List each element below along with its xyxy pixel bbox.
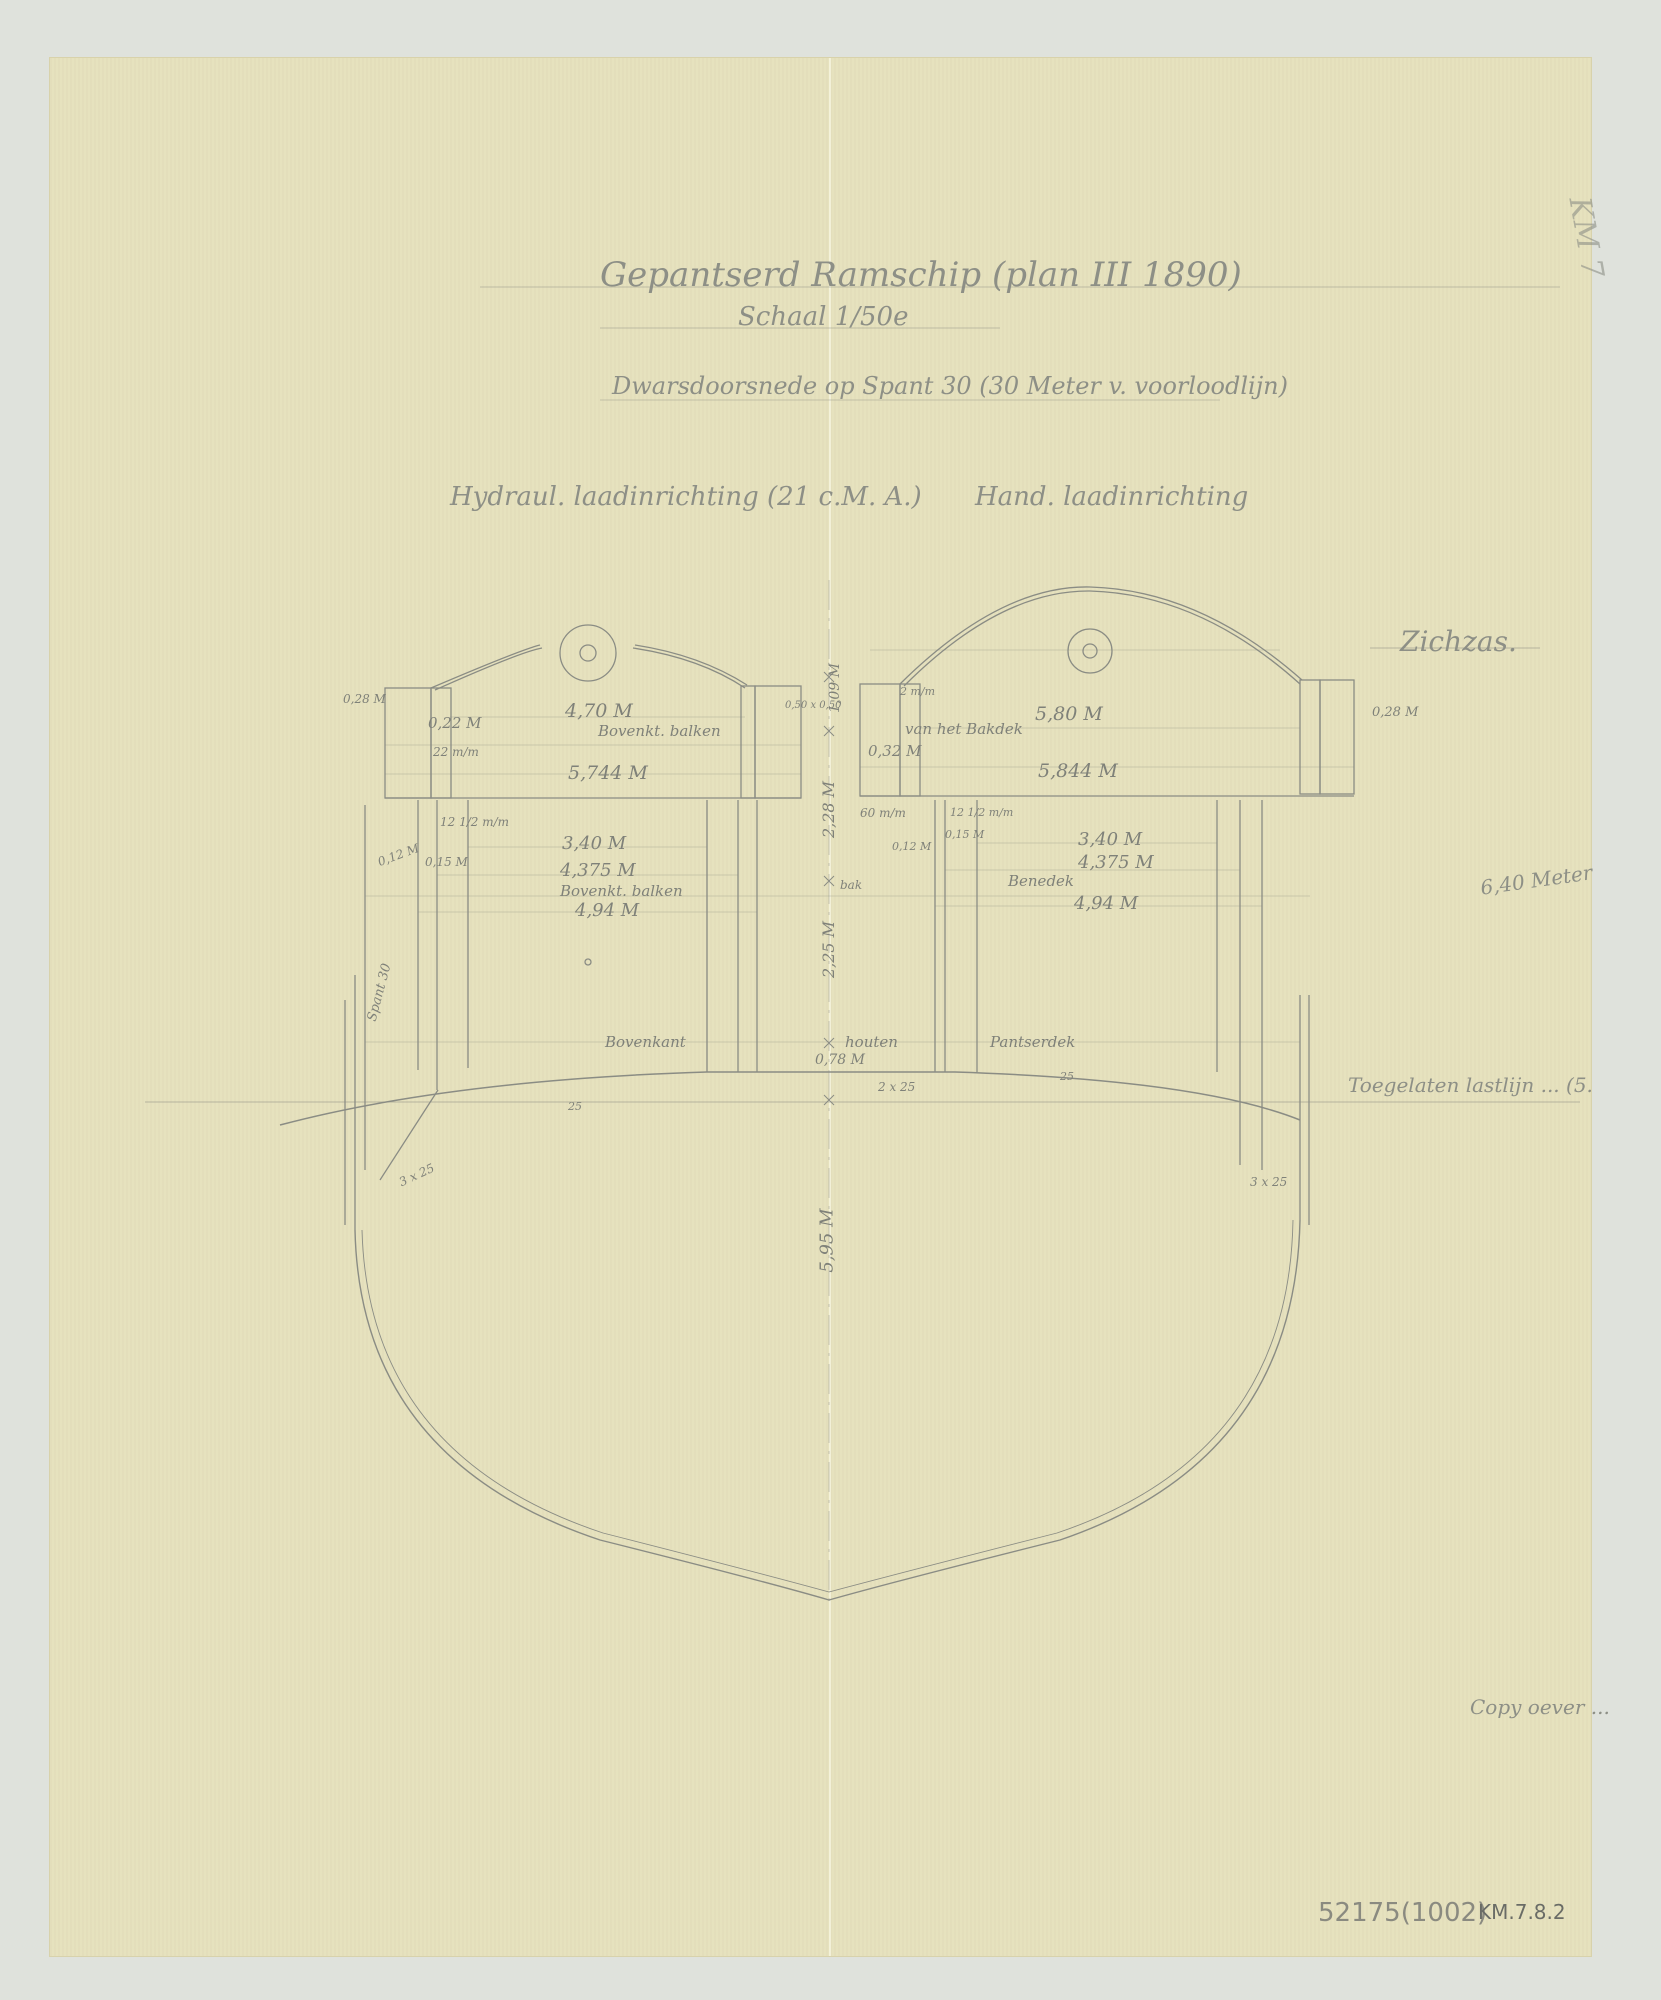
plate-mark-right-deck: 25 — [1060, 1070, 1074, 1083]
dim-left-lower-mid-width: 4,375 M — [560, 860, 636, 881]
section-left-label: Hydraul. laadinrichting (21 c.M. A.) — [450, 482, 922, 512]
dim-left-beam-label: Bovenkt. balken — [598, 722, 721, 740]
dim-right-lower-inner-width: 3,40 M — [1078, 829, 1142, 850]
note-load-line: Toegelaten lastlijn ... (5. — [1348, 1073, 1593, 1097]
section-right-label: Hand. laadinrichting — [975, 482, 1248, 512]
dim-right-lower-outer-width: 4,94 M — [1074, 893, 1138, 914]
dim-center-mid-label: 0,50 x 0,50 — [785, 700, 842, 711]
plate-mark-right-bilge: 3 x 25 — [1250, 1175, 1287, 1189]
dim-left-lower-beam-label: Bovenkt. balken — [560, 882, 683, 900]
dim-left-lower-outer-width: 4,94 M — [575, 900, 639, 921]
dim-deck-camber: 2 x 25 — [878, 1080, 915, 1094]
dim-left-inner-gap: 0,22 M — [428, 714, 482, 732]
dim-right-inner-gap: 0,32 M — [868, 742, 922, 760]
drawing-subtitle: Dwarsdoorsnede op Spant 30 (30 Meter v. … — [612, 372, 1288, 400]
deck-label-left: Bovenkant — [605, 1033, 686, 1051]
dim-right-lower-plate-b: 12 1/2 m/m — [950, 806, 1013, 819]
dim-left-inner-width: 4,70 M — [565, 700, 633, 722]
dim-left-outer-width: 5,744 M — [568, 762, 648, 784]
dim-left-lower-plate: 12 1/2 m/m — [440, 815, 509, 829]
note-copy: Copy oever ... — [1470, 1695, 1610, 1719]
plate-mark-left-deck: 25 — [568, 1100, 582, 1113]
dim-right-outer-thickness: 0,28 M — [1372, 705, 1418, 720]
ship-cross-section-drawing — [0, 0, 1661, 2000]
dim-right-beam-label: van het Bakdek — [905, 720, 1023, 738]
dim-left-lower-inner-width: 3,40 M — [562, 833, 626, 854]
dim-left-lower-side-b: 0,15 M — [425, 855, 468, 869]
dim-right-lower-plate-a: 60 m/m — [860, 806, 906, 820]
dim-right-lower-mid-width: 4,375 M — [1078, 852, 1154, 873]
dim-right-inner-width: 5,80 M — [1035, 703, 1103, 725]
dim-center-lower-deck: 2,25 M — [819, 921, 838, 978]
catalog-reference: KM.7.8.2 — [1478, 1900, 1566, 1924]
deck-label-right: Pantserdek — [990, 1033, 1075, 1051]
deck-label-center: houten — [845, 1033, 898, 1051]
dim-right-plate: 2 m/m — [900, 685, 935, 698]
dim-center-upper-deck: 2,28 M — [819, 781, 838, 838]
dim-right-lower-beam-label: Benedek — [1008, 872, 1074, 890]
drawing-title: Gepantserd Ramschip (plan III 1890) — [600, 255, 1242, 295]
note-waterline-top: Zichzas. — [1400, 625, 1517, 658]
dim-left-plate: 22 m/m — [433, 745, 479, 759]
archive-reference: 52175(1002) — [1318, 1898, 1487, 1928]
deck-label-mid-beam: bak — [840, 878, 862, 892]
dim-center-bottom: 0,78 M — [815, 1052, 865, 1068]
dim-hull-depth: 5,95 M — [817, 1208, 838, 1272]
dim-right-lower-side-a: 0,12 M — [892, 840, 931, 853]
dim-right-outer-width: 5,844 M — [1038, 760, 1118, 782]
dim-left-outer-thickness: 0,28 M — [343, 692, 386, 706]
drawing-scale: Schaal 1/50e — [738, 302, 908, 332]
dim-right-lower-side-b: 0,15 M — [945, 828, 984, 841]
